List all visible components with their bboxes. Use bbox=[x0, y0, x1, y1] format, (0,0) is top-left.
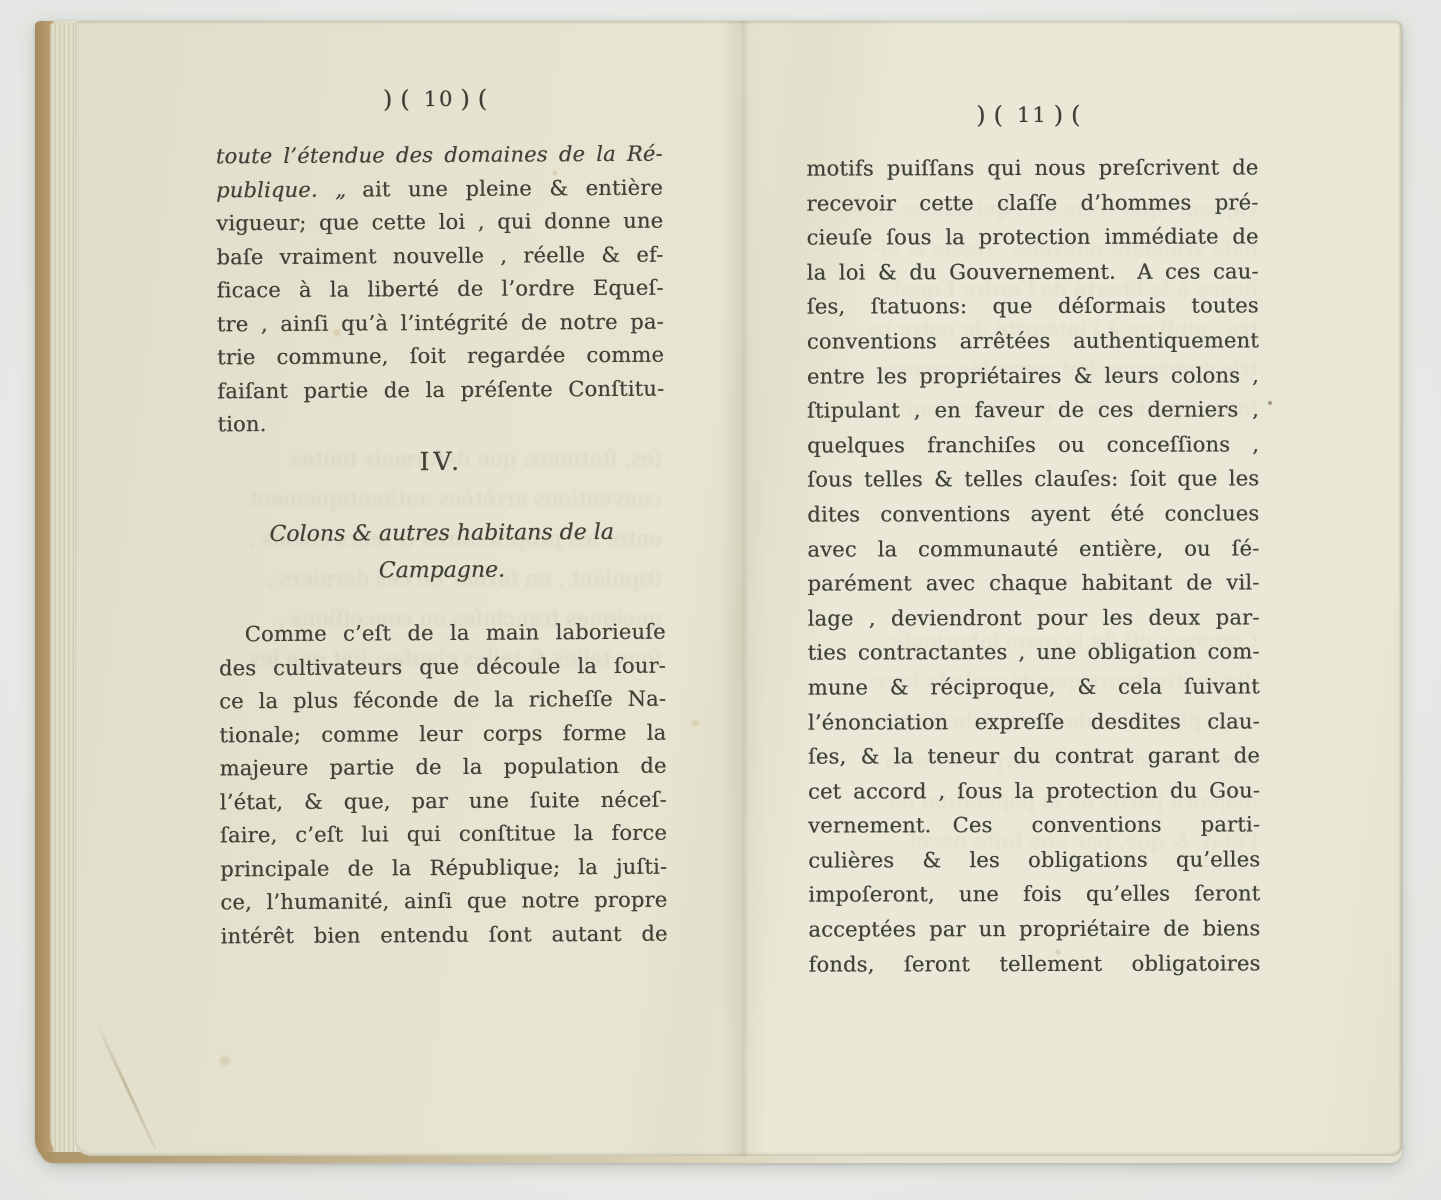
text-line: ties contractantes , une obligation com- bbox=[808, 635, 1260, 671]
text-line: parément avec chaque habitant de vil- bbox=[807, 566, 1259, 602]
text-line: acceptées par un propriétaire de biens bbox=[808, 911, 1260, 947]
text-line: des cultivateurs que découle la ſour- bbox=[219, 649, 666, 685]
header-ornament: )( bbox=[460, 85, 495, 113]
text-line: culières & les obligations qu’elles bbox=[808, 842, 1260, 878]
text-line: entre les propriétaires & leurs colons , bbox=[807, 358, 1259, 394]
text-line: l’énonciation expreſſe desdites clau- bbox=[808, 704, 1260, 740]
text-line: tion. bbox=[217, 406, 664, 442]
section-number: IV. bbox=[218, 446, 665, 478]
header-ornament: )( bbox=[383, 85, 418, 113]
text-line: ſes, ſtatuons: que déſormais toutes bbox=[807, 289, 1259, 325]
text-line: l’état, & que, par une ſuite néceſ- bbox=[220, 783, 667, 819]
page-number-header-right: )(11)( bbox=[806, 100, 1258, 129]
text-line: tre , ainſi qu’à l’intégrité de notre pa… bbox=[217, 305, 664, 341]
page-number-header-left: )(10)( bbox=[215, 84, 662, 115]
book: ſes, ſtatuons: que déſormais toutes conv… bbox=[35, 21, 1402, 1163]
paragraph-continuation: toute l’étendue des domaines de la Ré- p… bbox=[216, 138, 665, 442]
text-line: recevoir cette claſſe d’hommes pré- bbox=[806, 185, 1258, 221]
text-line: toute l’étendue des domaines de la Ré- bbox=[216, 138, 663, 174]
text-line: ficace à la liberté de l’ordre Equeſ- bbox=[217, 272, 664, 308]
text-line: dites conventions ayent été conclues bbox=[807, 496, 1259, 532]
text-line: intérêt bien entendu ſont autant de bbox=[220, 917, 667, 953]
text-line: Colons & autres habitans de la bbox=[218, 514, 665, 554]
text-line: lage , deviendront pour les deux par- bbox=[808, 600, 1260, 636]
text-line: baſe vraiment nouvelle , réelle & ef- bbox=[216, 238, 663, 274]
page-left: )(10)( toute l’étendue des domaines de l… bbox=[215, 20, 662, 23]
text-line: vigueur; que cette loi , qui donne une bbox=[216, 205, 663, 241]
text-line: quelques franchiſes ou conceſſions , bbox=[807, 427, 1259, 463]
text-line: cieuſe ſous la protection immédiate de bbox=[807, 220, 1259, 256]
paragraph: Comme c’eſt de la main laborieuſe des cu… bbox=[219, 616, 668, 954]
page-number: 11 bbox=[1017, 103, 1048, 127]
text-line: mune & réciproque, & cela ſuivant bbox=[808, 669, 1260, 705]
text-line: faiſant partie de la préſente Conſtitu- bbox=[217, 372, 664, 408]
text-line: avec la communauté entière, ou ſé- bbox=[807, 531, 1259, 567]
text-line: ce, l’humanité, ainſi que notre propre bbox=[220, 884, 667, 920]
text-line: principale de la République; la juſti- bbox=[220, 850, 667, 886]
text-line: tionale; comme leur corps forme la bbox=[219, 716, 666, 752]
crease-mark bbox=[95, 1022, 157, 1150]
quote-end: publique. „ bbox=[216, 177, 346, 202]
text-line: publique. „ait une pleine & entière bbox=[216, 171, 663, 207]
text-line: vernement. Ces conventions parti- bbox=[808, 808, 1260, 844]
gutter-shadow bbox=[720, 21, 766, 1156]
text-line: ce la plus féconde de la richeſſe Na- bbox=[219, 683, 666, 719]
text-line: motifs puiſſans qui nous preſcrivent de bbox=[806, 150, 1258, 186]
text-line: conventions arrêtées authentiquement bbox=[807, 323, 1259, 359]
text-line: trie commune, ſoit regardée comme bbox=[217, 339, 664, 375]
text-line: la loi & du Gouvernement. A ces cau- bbox=[807, 254, 1259, 290]
text-line: ſous telles & telles clauſes: ſoit que l… bbox=[807, 462, 1259, 498]
text-line: ſaire, c’eſt lui qui conſtitue la force bbox=[220, 817, 667, 853]
text-line: ſtipulant , en faveur de ces derniers , bbox=[807, 393, 1259, 429]
page-number: 10 bbox=[424, 87, 455, 111]
section-title: Colons & autres habitans de la Campagne. bbox=[218, 514, 665, 591]
text-line: cet accord , ſous la protection du Gou- bbox=[808, 773, 1260, 809]
text-line: ſes, & la teneur du contrat garant de bbox=[808, 738, 1260, 774]
page-edges bbox=[50, 23, 78, 1157]
text-line: Campagne. bbox=[218, 551, 665, 591]
paragraph: motifs puiſſans qui nous preſcrivent de … bbox=[806, 150, 1260, 981]
open-pages: ſes, ſtatuons: que déſormais toutes conv… bbox=[75, 21, 1402, 1156]
text-line: fonds, ſeront tellement obligatoires bbox=[808, 946, 1260, 982]
page-right: )(11)( motifs puiſſans qui nous preſcriv… bbox=[806, 20, 1258, 21]
text-run: ait une pleine & entière bbox=[362, 175, 663, 201]
text-line: Comme c’eſt de la main laborieuſe bbox=[219, 616, 666, 652]
photo-background: ſes, ſtatuons: que déſormais toutes conv… bbox=[0, 0, 1441, 1200]
text-line: impoſeront, une fois qu’elles ſeront bbox=[808, 877, 1260, 913]
text-line: majeure partie de la population de bbox=[219, 750, 666, 786]
header-ornament: )( bbox=[1054, 101, 1089, 129]
header-ornament: )( bbox=[976, 101, 1011, 129]
